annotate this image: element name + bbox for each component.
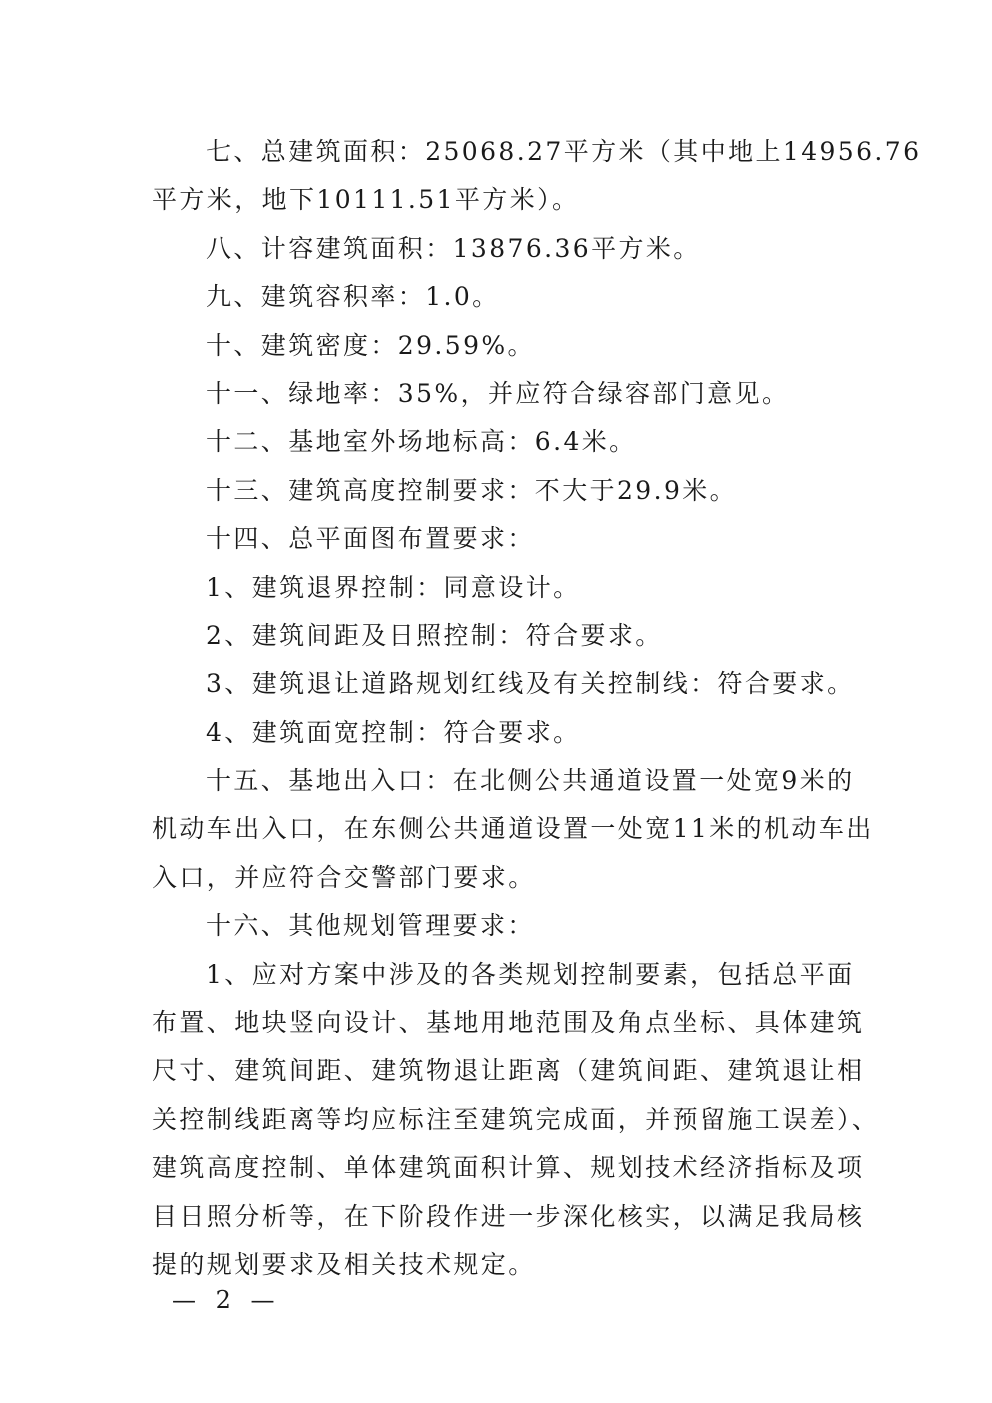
- text-line-other-requirements-heading: 十六、其他规划管理要求：: [152, 902, 842, 950]
- text-line-plot-ratio: 九、建筑容积率：1.0。: [152, 273, 842, 321]
- text-line-site-elevation: 十二、基地室外场地标高：6.4米。: [152, 418, 842, 466]
- text-line-site-entrance: 十五、基地出入口：在北侧公共通道设置一处宽9米的: [152, 757, 842, 805]
- text-line-other-requirement-1-cont-3: 关控制线距离等均应标注至建筑完成面，并预留施工误差）、: [152, 1096, 842, 1144]
- document-page: 七、总建筑面积：25068.27平方米（其中地上14956.76 平方米，地下1…: [0, 0, 992, 1403]
- text-line-road-redline: 3、建筑退让道路规划红线及有关控制线：符合要求。: [152, 660, 842, 708]
- text-line-setback-control: 1、建筑退界控制：同意设计。: [152, 564, 842, 612]
- text-line-site-entrance-cont-2: 入口，并应符合交警部门要求。: [152, 854, 842, 902]
- text-line-far-floor-area: 八、计容建筑面积：13876.36平方米。: [152, 225, 842, 273]
- text-line-other-requirement-1-cont-4: 建筑高度控制、单体建筑面积计算、规划技术经济指标及项: [152, 1144, 842, 1192]
- text-line-site-plan-heading: 十四、总平面图布置要求：: [152, 515, 842, 563]
- text-line-height-control: 十三、建筑高度控制要求：不大于29.9米。: [152, 467, 842, 515]
- text-line-green-ratio: 十一、绿地率：35%，并应符合绿容部门意见。: [152, 370, 842, 418]
- text-line-other-requirement-1-cont-1: 布置、地块竖向设计、基地用地范围及角点坐标、具体建筑: [152, 999, 842, 1047]
- page-number: — 2 —: [172, 1280, 281, 1320]
- text-line-total-floor-area-cont: 平方米，地下10111.51平方米）。: [152, 176, 842, 224]
- text-line-spacing-sunlight: 2、建筑间距及日照控制：符合要求。: [152, 612, 842, 660]
- text-line-frontage-control: 4、建筑面宽控制：符合要求。: [152, 709, 842, 757]
- text-line-total-floor-area: 七、总建筑面积：25068.27平方米（其中地上14956.76: [152, 128, 842, 176]
- text-line-other-requirement-1-cont-2: 尺寸、建筑间距、建筑物退让距离（建筑间距、建筑退让相: [152, 1047, 842, 1095]
- text-line-other-requirement-1: 1、应对方案中涉及的各类规划控制要素，包括总平面: [152, 951, 842, 999]
- document-body: 七、总建筑面积：25068.27平方米（其中地上14956.76 平方米，地下1…: [152, 128, 842, 1289]
- text-line-building-density: 十、建筑密度：29.59%。: [152, 322, 842, 370]
- text-line-site-entrance-cont-1: 机动车出入口，在东侧公共通道设置一处宽11米的机动车出: [152, 805, 842, 853]
- text-line-other-requirement-1-cont-5: 目日照分析等，在下阶段作进一步深化核实，以满足我局核: [152, 1193, 842, 1241]
